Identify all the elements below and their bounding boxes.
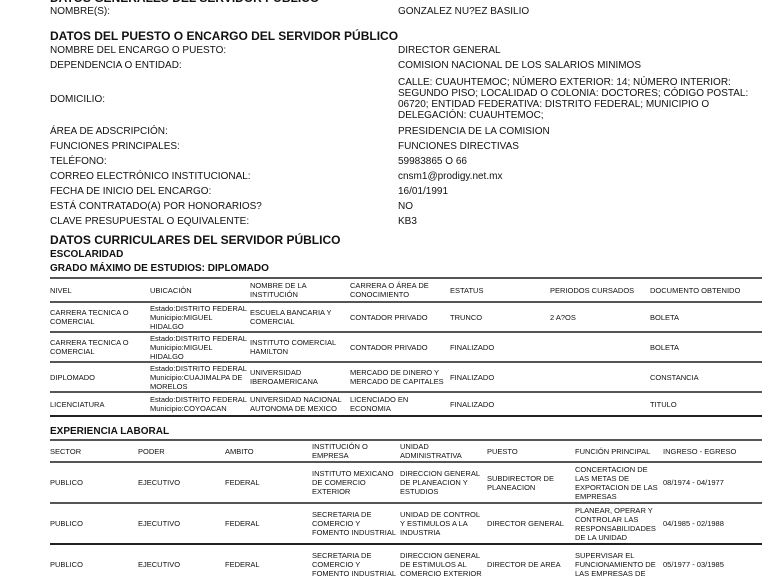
cell-estatus: FINALIZADO [450, 392, 550, 416]
experiencia-table: SECTOR PODER AMBITO INSTITUCIÓN O EMPRES… [50, 439, 762, 580]
table-row: DIPLOMADO Estado:DISTRITO FEDERAL Munici… [50, 362, 762, 392]
field-value: cnsm1@prodigy.net.mx [398, 169, 768, 184]
cell-carrera: LICENCIADO EN ECONOMIA [350, 392, 450, 416]
cell-poder: EJECUTIVO [138, 544, 225, 580]
field-value: GONZALEZ NU?EZ BASILIO [398, 5, 768, 23]
cell-periodos [550, 332, 650, 362]
column-header: SECTOR [50, 440, 138, 462]
cell-ambito: FEDERAL [225, 544, 312, 580]
column-header: PODER [138, 440, 225, 462]
column-header: FUNCIÓN PRINCIPAL [575, 440, 663, 462]
cell-periodos [550, 362, 650, 392]
column-header: UBICACIÓN [150, 278, 250, 302]
cell-funcion: PLANEAR, OPERAR Y CONTROLAR LAS RESPONSA… [575, 503, 663, 544]
subsection-experiencia: EXPERIENCIA LABORAL [50, 425, 765, 439]
field-value: DIRECTOR GENERAL [398, 43, 768, 58]
field-label: DOMICILIO: [50, 94, 398, 105]
column-header: CARRERA O ÁREA DE CONOCIMIENTO [350, 278, 450, 302]
cell-ingreso-egreso: 04/1985 - 02/1988 [663, 503, 762, 544]
field-dependencia: DEPENDENCIA O ENTIDAD: COMISION NACIONAL… [50, 58, 765, 73]
cell-sector: PUBLICO [50, 544, 138, 580]
field-label: CORREO ELECTRÓNICO INSTITUCIONAL: [50, 169, 398, 184]
field-encargo: NOMBRE DEL ENCARGO O PUESTO: DIRECTOR GE… [50, 43, 765, 58]
field-value: NO [398, 199, 768, 214]
cell-unidad: UNIDAD DE CONTROL Y ESTIMULOS A LA INDUS… [400, 503, 487, 544]
cell-carrera: CONTADOR PRIVADO [350, 332, 450, 362]
cell-ingreso-egreso: 05/1977 - 03/1985 [663, 544, 762, 580]
column-header: NIVEL [50, 278, 150, 302]
cell-documento: TITULO [650, 392, 762, 416]
column-header: NOMBRE DE LA INSTITUCIÓN [250, 278, 350, 302]
cell-estatus: TRUNCO [450, 302, 550, 332]
cell-puesto: SUBDIRECTOR DE PLANEACION [487, 462, 575, 503]
cell-institucion: SECRETARIA DE COMERCIO Y FOMENTO INDUSTR… [312, 503, 400, 544]
field-value: FUNCIONES DIRECTIVAS [398, 139, 768, 154]
column-header: PUESTO [487, 440, 575, 462]
cell-ubicacion: Estado:DISTRITO FEDERAL Municipio:COYOAC… [150, 392, 250, 416]
field-funciones: FUNCIONES PRINCIPALES: FUNCIONES DIRECTI… [50, 139, 765, 154]
table-row: LICENCIATURA Estado:DISTRITO FEDERAL Mun… [50, 392, 762, 416]
cell-periodos [550, 392, 650, 416]
field-fecha-inicio: FECHA DE INICIO DEL ENCARGO: 16/01/1991 [50, 184, 765, 199]
field-clave: CLAVE PRESUPUESTAL O EQUIVALENTE: KB3 [50, 214, 765, 229]
column-header: PERIODOS CURSADOS [550, 278, 650, 302]
cell-nivel: CARRERA TECNICA O COMERCIAL [50, 332, 150, 362]
cell-nivel: CARRERA TECNICA O COMERCIAL [50, 302, 150, 332]
field-value: 59983865 O 66 [398, 154, 768, 169]
declaration-document: DATOS GENERALES DEL SERVIDOR PÚBLICO NOM… [50, 0, 765, 580]
cell-nivel: LICENCIATURA [50, 392, 150, 416]
field-telefono: TELÉFONO: 59983865 O 66 [50, 154, 765, 169]
field-label: ÁREA DE ADSCRIPCIÓN: [50, 124, 398, 139]
table-row: PUBLICO EJECUTIVO FEDERAL INSTITUTO MEXI… [50, 462, 762, 503]
escolaridad-table: NIVEL UBICACIÓN NOMBRE DE LA INSTITUCIÓN… [50, 277, 762, 417]
cell-sector: PUBLICO [50, 462, 138, 503]
section-title-puesto: DATOS DEL PUESTO O ENCARGO DEL SERVIDOR … [50, 29, 765, 43]
cell-sector: PUBLICO [50, 503, 138, 544]
cell-carrera: CONTADOR PRIVADO [350, 302, 450, 332]
cell-documento: CONSTANCIA [650, 362, 762, 392]
section-title-curriculares: DATOS CURRICULARES DEL SERVIDOR PÚBLICO [50, 233, 765, 248]
column-header: INSTITUCIÓN O EMPRESA [312, 440, 400, 462]
grado-maximo: GRADO MÁXIMO DE ESTUDIOS: DIPLOMADO [50, 262, 765, 277]
field-label: FUNCIONES PRINCIPALES: [50, 139, 398, 154]
field-label: DEPENDENCIA O ENTIDAD: [50, 58, 398, 73]
cell-estatus: FINALIZADO [450, 332, 550, 362]
table-row: PUBLICO EJECUTIVO FEDERAL SECRETARIA DE … [50, 503, 762, 544]
field-label: CLAVE PRESUPUESTAL O EQUIVALENTE: [50, 214, 398, 229]
field-label: TELÉFONO: [50, 154, 398, 169]
cell-puesto: DIRECTOR GENERAL [487, 503, 575, 544]
cell-documento: BOLETA [650, 302, 762, 332]
cell-funcion: SUPERVISAR EL FUNCIONAMIENTO DE LAS EMPR… [575, 544, 663, 580]
cell-institucion: SECRETARIA DE COMERCIO Y FOMENTO INDUSTR… [312, 544, 400, 580]
table-header-row: SECTOR PODER AMBITO INSTITUCIÓN O EMPRES… [50, 440, 762, 462]
cell-poder: EJECUTIVO [138, 503, 225, 544]
field-label: FECHA DE INICIO DEL ENCARGO: [50, 184, 398, 199]
subsection-escolaridad: ESCOLARIDAD [50, 248, 765, 262]
field-nombre: NOMBRE(S): GONZALEZ NU?EZ BASILIO [50, 5, 765, 23]
field-value: CALLE: CUAUHTEMOC; NÚMERO EXTERIOR: 14; … [398, 77, 770, 121]
field-label: NOMBRE(S): [50, 5, 398, 23]
cell-institucion: INSTITUTO COMERCIAL HAMILTON [250, 332, 350, 362]
table-header-row: NIVEL UBICACIÓN NOMBRE DE LA INSTITUCIÓN… [50, 278, 762, 302]
column-header: ESTATUS [450, 278, 550, 302]
cell-ubicacion: Estado:DISTRITO FEDERAL Municipio:CUAJIM… [150, 362, 250, 392]
cell-nivel: DIPLOMADO [50, 362, 150, 392]
cell-puesto: DIRECTOR DE AREA [487, 544, 575, 580]
cell-funcion: CONCERTACION DE LAS METAS DE EXPORTACION… [575, 462, 663, 503]
field-value: COMISION NACIONAL DE LOS SALARIOS MINIMO… [398, 58, 768, 73]
cell-unidad: DIRECCION GENERAL DE ESTIMULOS AL COMERC… [400, 544, 487, 580]
field-value: PRESIDENCIA DE LA COMISION [398, 124, 768, 139]
column-header: AMBITO [225, 440, 312, 462]
field-label: ESTÁ CONTRATADO(A) POR HONORARIOS? [50, 199, 398, 214]
cell-institucion: UNIVERSIDAD IBEROAMERICANA [250, 362, 350, 392]
cell-ambito: FEDERAL [225, 503, 312, 544]
field-value: 16/01/1991 [398, 184, 768, 199]
cell-poder: EJECUTIVO [138, 462, 225, 503]
cell-institucion: ESCUELA BANCARIA Y COMERCIAL [250, 302, 350, 332]
cell-institucion: INSTITUTO MEXICANO DE COMERCIO EXTERIOR [312, 462, 400, 503]
column-header: DOCUMENTO OBTENIDO [650, 278, 762, 302]
cell-ubicacion: Estado:DISTRITO FEDERAL Municipio:MIGUEL… [150, 332, 250, 362]
table-row: CARRERA TECNICA O COMERCIAL Estado:DISTR… [50, 332, 762, 362]
cell-ubicacion: Estado:DISTRITO FEDERAL Municipio:MIGUEL… [150, 302, 250, 332]
cell-documento: BOLETA [650, 332, 762, 362]
field-honorarios: ESTÁ CONTRATADO(A) POR HONORARIOS? NO [50, 199, 765, 214]
cell-institucion: UNIVERSIDAD NACIONAL AUTONOMA DE MEXICO [250, 392, 350, 416]
column-header: UNIDAD ADMINISTRATIVA [400, 440, 487, 462]
field-domicilio: DOMICILIO: CALLE: CUAUHTEMOC; NÚMERO EXT… [50, 73, 765, 124]
table-row: CARRERA TECNICA O COMERCIAL Estado:DISTR… [50, 302, 762, 332]
field-area: ÁREA DE ADSCRIPCIÓN: PRESIDENCIA DE LA C… [50, 124, 765, 139]
cell-estatus: FINALIZADO [450, 362, 550, 392]
field-correo: CORREO ELECTRÓNICO INSTITUCIONAL: cnsm1@… [50, 169, 765, 184]
cell-ingreso-egreso: 08/1974 - 04/1977 [663, 462, 762, 503]
cell-ambito: FEDERAL [225, 462, 312, 503]
table-row: PUBLICO EJECUTIVO FEDERAL SECRETARIA DE … [50, 544, 762, 580]
cell-carrera: MERCADO DE DINERO Y MERCADO DE CAPITALES [350, 362, 450, 392]
field-value: KB3 [398, 214, 768, 229]
field-label: NOMBRE DEL ENCARGO O PUESTO: [50, 43, 398, 58]
cell-unidad: DIRECCION GENERAL DE PLANEACION Y ESTUDI… [400, 462, 487, 503]
cell-periodos: 2 A?OS [550, 302, 650, 332]
column-header: INGRESO - EGRESO [663, 440, 762, 462]
